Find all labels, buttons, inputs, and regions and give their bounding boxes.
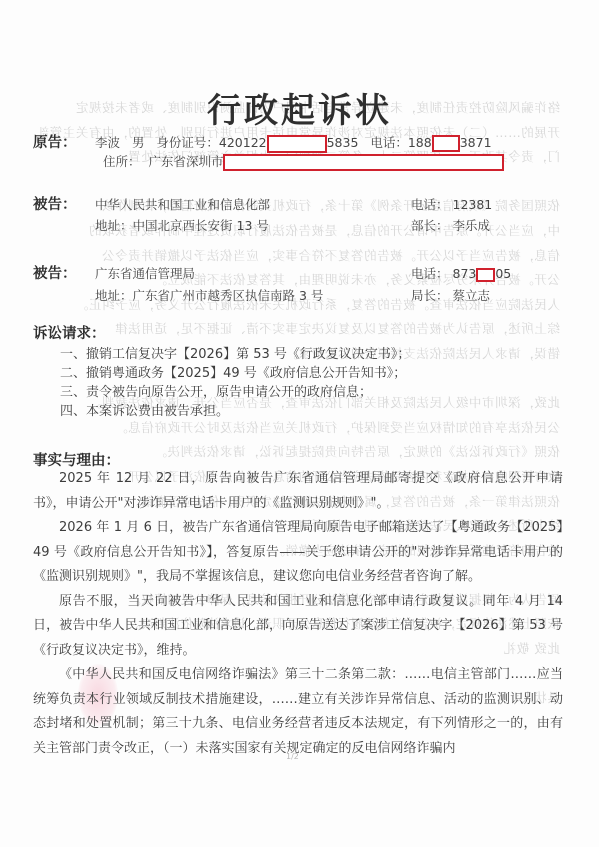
defendant-1-name: 中华人民共和国工业和信息化部	[95, 195, 270, 213]
claims-heading: 诉讼请求：	[33, 322, 106, 343]
id-number-label: 身份证号：	[156, 135, 219, 150]
claim-item: 一、撤销工信复决字【2026】第 53 号《行政复议决定书》；	[60, 345, 410, 364]
plaintiff-phone-suffix: 3871	[460, 135, 492, 150]
defendant-1-head: 李乐成	[453, 218, 491, 233]
id-number-redaction	[267, 135, 327, 153]
plaintiff-info-line: 李波 男 身份证号：4201225835 电话：1883871	[95, 133, 492, 153]
claim-item: 二、撤销粤通政务【2025】49 号《政府信息公开告知书》；	[60, 364, 410, 383]
defendant-2-phone-suffix: 05	[495, 266, 511, 281]
defendant-2-head-line: 局长： 蔡立志	[411, 286, 490, 304]
defendant-1-head-label: 部长：	[411, 218, 449, 233]
defendant-2-phone-line: 电话： 87305	[411, 264, 511, 282]
defendant-2-head-label: 局长：	[411, 288, 449, 303]
defendant-1-address: 中国北京西长安街 13 号	[133, 218, 269, 233]
defendant-1-phone-line: 电话： 12381	[411, 195, 492, 213]
document-title: 行政起诉状	[0, 83, 599, 132]
page-number: 1/2	[286, 752, 299, 761]
claims-list: 一、撤销工信复决字【2026】第 53 号《行政复议决定书》； 二、撤销粤通政务…	[60, 345, 410, 421]
plaintiff-label: 原告：	[33, 131, 77, 152]
defendant-1-address-label: 地址：	[95, 218, 133, 233]
defendant-2-phone-prefix: 873	[453, 266, 477, 281]
defendant-2-phone-redaction	[476, 268, 495, 282]
defendant-2-phone-label: 电话：	[411, 266, 449, 281]
defendant-2-address: 广东省广州市越秀区执信南路 3 号	[133, 288, 324, 303]
defendant-1-label: 被告：	[33, 193, 77, 214]
plaintiff-address-label: 住所：	[103, 154, 141, 169]
plaintiff-gender: 男	[132, 135, 145, 150]
defendant-2-head: 蔡立志	[453, 288, 491, 303]
defendant-2-name: 广东省通信管理局	[95, 264, 195, 282]
defendant-2-label: 被告：	[33, 262, 77, 283]
address-redaction	[223, 154, 504, 171]
claim-item: 三、责令被告向原告公开，原告申请公开的政府信息；	[60, 383, 410, 402]
plaintiff-address-prefix: 广东省深圳市	[148, 154, 223, 169]
facts-paragraph: 2025 年 12 月 22 日，原告向被告广东省通信管理局邮寄提交《政府信息公…	[33, 467, 563, 516]
facts-paragraph: 2026 年 1 月 6 日，被告广东省通信管理局向原告电子邮箱送达了【粤通政务…	[33, 516, 563, 590]
plaintiff-phone-prefix: 188	[408, 135, 432, 150]
defendant-2-address-label: 地址：	[95, 288, 133, 303]
phone-redaction	[432, 135, 460, 152]
id-number-suffix: 5835	[327, 135, 359, 150]
defendant-1-phone: 12381	[453, 197, 493, 212]
id-number-prefix: 420122	[219, 135, 267, 150]
defendant-1-head-line: 部长： 李乐成	[411, 216, 490, 234]
document-page: 络诈骗风险防控责任制度，未建立异常电话卡用户内部监测识别制度、或者未按规定 开展…	[0, 0, 599, 847]
facts-paragraph: 原告不服，当天向被告中华人民共和国工业和信息化部申请行政复议。同年 4 月 14…	[33, 590, 563, 664]
plaintiff-phone-label: 电话：	[370, 135, 408, 150]
defendant-1-address-line: 地址：中国北京西长安街 13 号	[95, 216, 269, 234]
plaintiff-address-line: 住所： 广东省深圳市	[103, 152, 504, 171]
facts-paragraph: 《中华人民共和国反电信网络诈骗法》第三十二条第二款：……电信主管部门……应当统筹…	[33, 663, 563, 761]
defendant-1-phone-label: 电话：	[411, 197, 449, 212]
defendant-2-address-line: 地址：广东省广州市越秀区执信南路 3 号	[95, 286, 323, 304]
claim-item: 四、本案诉讼费由被告承担。	[60, 402, 410, 421]
plaintiff-name: 李波	[95, 135, 120, 150]
facts-body: 2025 年 12 月 22 日，原告向被告广东省通信管理局邮寄提交《政府信息公…	[33, 467, 563, 761]
